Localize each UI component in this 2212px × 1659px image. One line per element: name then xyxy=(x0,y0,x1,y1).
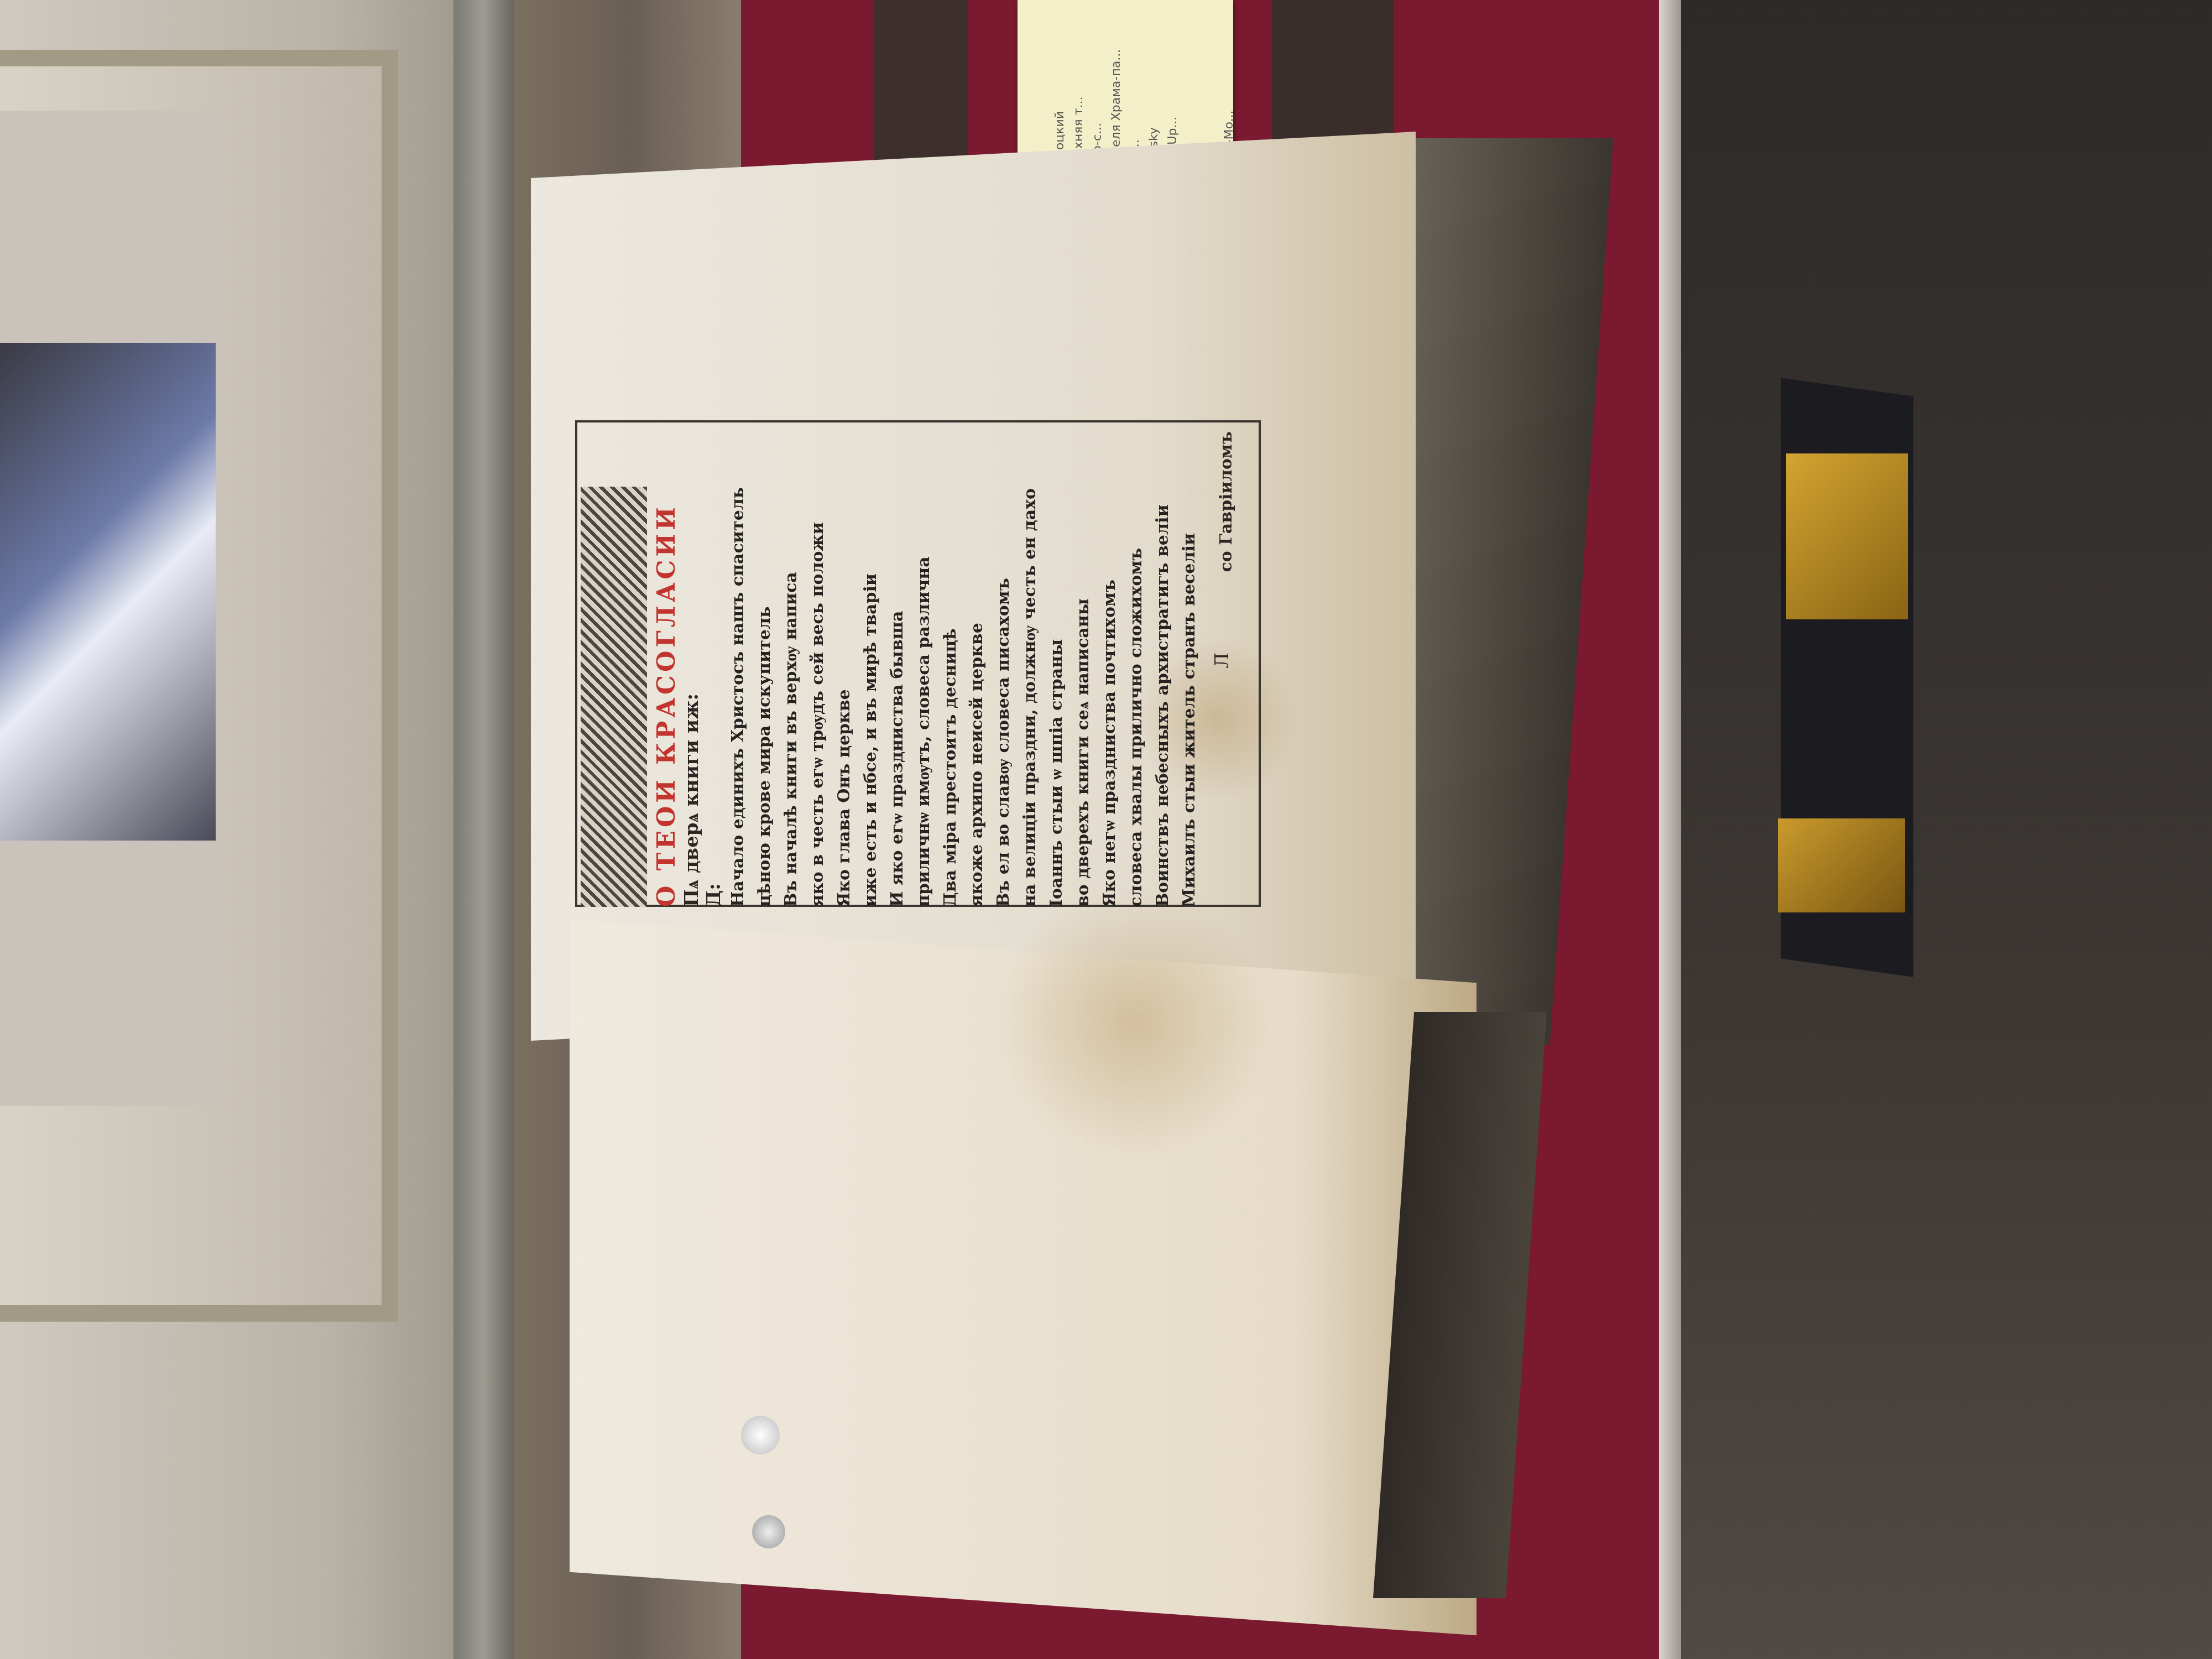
catch-line: со Гаврiиломъ xyxy=(1217,431,1236,572)
text-line: Iоаннъ стыи ѡ шпiа страны xyxy=(1044,431,1070,907)
water-stain xyxy=(995,885,1272,1161)
text-line: Михаилъ стыи житель странъ веселiи xyxy=(1176,431,1203,907)
headpiece-ornament xyxy=(581,487,647,907)
book-support-pin xyxy=(752,1515,785,1548)
text-line: Начало единихъ Христосъ нашъ спаситель xyxy=(725,431,752,907)
text-line: Въ ел во славѹ словеса писахомъ xyxy=(990,431,1017,907)
text-line: Яко негѡ праздниства почтихомъ xyxy=(1097,431,1123,907)
page-heading: О ТЕОИ КРАСОГЛАСИИ xyxy=(653,431,681,907)
text-line: Яко глава Онъ церкве xyxy=(831,431,858,907)
framed-artwork xyxy=(0,343,216,841)
glass-pane-edge xyxy=(453,0,514,1659)
text-line: Въ началѣ книги въ верхѹ написа xyxy=(778,431,805,907)
gilded-ornament-top xyxy=(1786,453,1908,619)
signature-mark: Л xyxy=(1211,653,1233,668)
right-wall xyxy=(1681,0,2212,1659)
text-line: яко в честь егѡ трѹдъ сей весь положи xyxy=(805,431,831,907)
display-case-edge xyxy=(1659,0,1681,1659)
printed-text: О ТЕОИ КРАСОГЛАСИИ Пѧ дверѧ книги иж: Д:… xyxy=(653,431,1250,907)
text-line: якоже архипо неисей церкве xyxy=(964,431,990,907)
text-line: иже есть и нбсе, и въ мирѣ тварiи xyxy=(858,431,884,907)
text-line: Два мiра престоитъ десницѣ xyxy=(937,431,964,907)
book-support-pin xyxy=(741,1416,780,1454)
page-subheading: Пѧ дверѧ книги иж: xyxy=(681,431,703,907)
text-line: приличнѡ имѹтъ, словеса различна xyxy=(911,431,937,907)
text-line: словеса хвалы прилично сложихомъ xyxy=(1123,431,1150,907)
gilded-ornament-bottom xyxy=(1778,818,1905,912)
text-line: на велицiи праздни, должнѹ честь ен дахо xyxy=(1017,431,1044,907)
text-line: И яко егѡ праздниства бывша xyxy=(884,431,911,907)
text-line: во дверехъ книги сеѧ написаны xyxy=(1070,431,1097,907)
section-marker: Д: xyxy=(703,431,725,907)
text-line: цѣною крове мира искупитель xyxy=(752,431,778,907)
text-line: Воинствъ небесныхъ архистратигъ велiи xyxy=(1150,431,1176,907)
